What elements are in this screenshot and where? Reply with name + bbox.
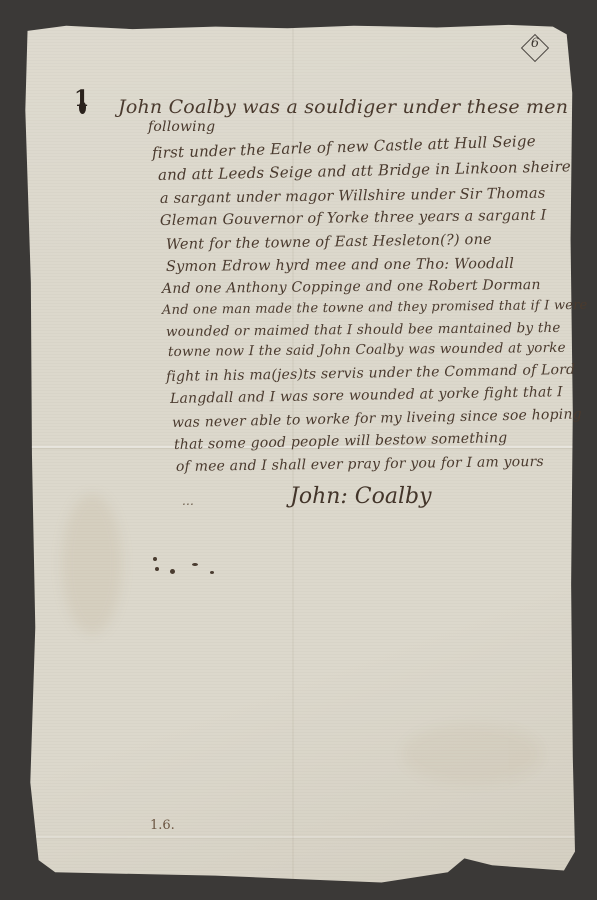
ink-spot bbox=[153, 557, 157, 561]
ink-spot bbox=[155, 567, 159, 571]
manuscript-line: Symon Edrow hyrd mee and one Tho: Woodal… bbox=[166, 257, 514, 275]
paper-stain bbox=[402, 724, 542, 784]
fold-crease bbox=[22, 836, 575, 838]
ink-spot bbox=[192, 563, 198, 566]
signature-prefix-marks: ... bbox=[182, 494, 194, 508]
signature: John: Coalby bbox=[290, 484, 432, 509]
bottom-mark: 1.6. bbox=[150, 818, 175, 833]
manuscript-line: And one Anthony Coppinge and one Robert … bbox=[162, 278, 541, 296]
manuscript-line: following bbox=[148, 120, 215, 134]
paper-stain bbox=[62, 494, 122, 634]
ink-spot bbox=[210, 571, 214, 574]
ink-blot bbox=[79, 102, 86, 114]
folio-number: 6 bbox=[528, 36, 542, 51]
ink-spot bbox=[170, 569, 175, 574]
scanned-document: 6 1 John Coalby was a souldiger under th… bbox=[0, 0, 597, 900]
manuscript-line: John Coalby was a souldiger under these … bbox=[118, 98, 568, 117]
